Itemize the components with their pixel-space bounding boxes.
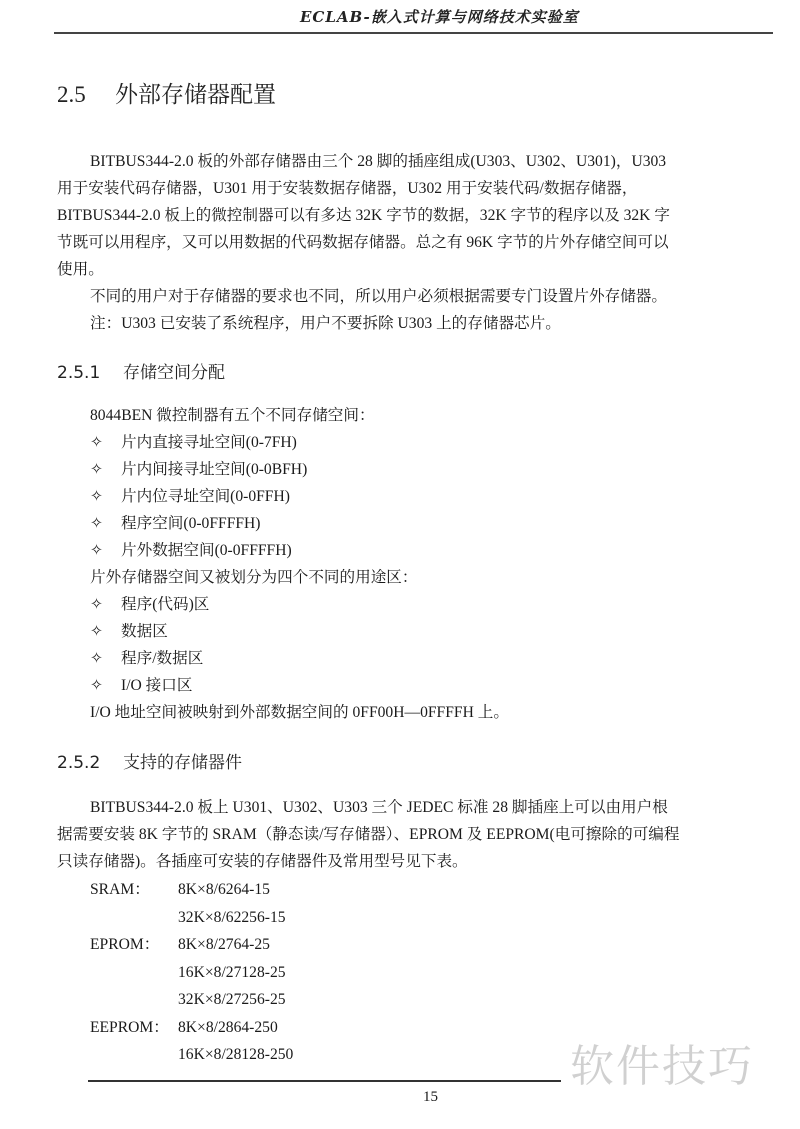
subsection-heading-2-5-2: 2.5.2支持的存储器件: [57, 748, 242, 773]
section-intro-paragraph: BITBUS344-2.0 板的外部存储器由三个 28 脚的插座组成(U303、…: [57, 148, 773, 337]
device-model: 32K×8/27256-25: [178, 991, 286, 1008]
device-model: 16K×8/28128-250: [178, 1046, 293, 1063]
page-number: 15: [423, 1089, 438, 1106]
subsection-heading-2-5-1: 2.5.1存储空间分配: [57, 358, 225, 383]
list-item: ✧片内直接寻址空间(0-7FH): [90, 429, 509, 456]
device-row: 16K×8/27128-25: [90, 959, 293, 987]
diamond-bullet-icon: ✧: [90, 510, 121, 537]
supported-devices-paragraph: BITBUS344-2.0 板上 U301、U302、U303 三个 JEDEC…: [57, 794, 773, 875]
paragraph-requirements: 不同的用户对于存储器的要求也不同，所以用户必须根据需要专门设置片外存储器。: [57, 283, 773, 310]
device-row: 32K×8/62256-15: [90, 904, 293, 932]
list-item: ✧程序空间(0-0FFFFH): [90, 510, 509, 537]
subsection-number: 2.5.1: [57, 363, 123, 383]
paragraph-line: 据需要安装 8K 字节的 SRAM（静态读/写存储器）、EPROM 及 EEPR…: [57, 821, 773, 848]
list-intro-2: 片外存储器空间又被划分为四个不同的用途区：: [90, 564, 509, 591]
section-heading: 2.5外部存储器配置: [57, 76, 276, 109]
subsection-title: 存储空间分配: [123, 363, 225, 383]
memory-space-list: 8044BEN 微控制器有五个不同存储空间： ✧片内直接寻址空间(0-7FH) …: [90, 402, 509, 726]
list-item: ✧片外数据空间(0-0FFFFH): [90, 537, 509, 564]
list-item: ✧程序/数据区: [90, 645, 509, 672]
diamond-bullet-icon: ✧: [90, 591, 121, 618]
device-row: 32K×8/27256-25: [90, 986, 293, 1014]
section-title: 外部存储器配置: [115, 82, 276, 107]
paragraph-line: BITBUS344-2.0 板上 U301、U302、U303 三个 JEDEC…: [57, 794, 773, 821]
list-item: ✧程序(代码)区: [90, 591, 509, 618]
device-row: SRAM：8K×8/6264-15: [90, 876, 293, 904]
device-model: 32K×8/62256-15: [178, 909, 286, 926]
diamond-bullet-icon: ✧: [90, 537, 121, 564]
io-mapping-note: I/O 地址空间被映射到外部数据空间的 0FF00H—0FFFFH 上。: [90, 699, 509, 726]
subsection-title: 支持的存储器件: [123, 753, 242, 773]
paragraph-line: BITBUS344-2.0 板上的微控制器可以有多达 32K 字节的数据，32K…: [57, 202, 773, 229]
device-row: EPROM：8K×8/2764-25: [90, 931, 293, 959]
device-type: EPROM：: [90, 931, 178, 958]
running-header-title: ECLAB-嵌入式计算与网络技术实验室: [300, 6, 579, 27]
paragraph-line: 使用。: [57, 256, 773, 283]
subsection-number: 2.5.2: [57, 753, 123, 773]
diamond-bullet-icon: ✧: [90, 618, 121, 645]
watermark-text: 软件技巧: [570, 1030, 754, 1094]
device-type: EEPROM：: [90, 1014, 178, 1041]
device-model: 8K×8/2764-25: [178, 936, 270, 953]
device-model: 8K×8/6264-15: [178, 881, 270, 898]
paragraph-line: 节既可以用程序，又可以用数据的代码数据存储器。总之有 96K 字节的片外存储空间…: [57, 229, 773, 256]
paragraph-line: 只读存储器)。各插座可安装的存储器件及常用型号见下表。: [57, 848, 773, 875]
diamond-bullet-icon: ✧: [90, 429, 121, 456]
list-intro: 8044BEN 微控制器有五个不同存储空间：: [90, 402, 509, 429]
diamond-bullet-icon: ✧: [90, 645, 121, 672]
paragraph-note: 注：U303 已安装了系统程序，用户不要拆除 U303 上的存储器芯片。: [57, 310, 773, 337]
diamond-bullet-icon: ✧: [90, 483, 121, 510]
device-row: EEPROM：8K×8/2864-250: [90, 1014, 293, 1042]
device-model: 16K×8/27128-25: [178, 964, 286, 981]
diamond-bullet-icon: ✧: [90, 456, 121, 483]
list-item: ✧片内位寻址空间(0-0FFH): [90, 483, 509, 510]
header-rule: [54, 32, 773, 34]
list-item: ✧片内间接寻址空间(0-0BFH): [90, 456, 509, 483]
diamond-bullet-icon: ✧: [90, 672, 121, 699]
device-type: SRAM：: [90, 876, 178, 903]
footer-rule: [88, 1080, 561, 1082]
paragraph-line: 用于安装代码存储器，U301 用于安装数据存储器，U302 用于安装代码/数据存…: [57, 175, 773, 202]
device-model: 8K×8/2864-250: [178, 1019, 278, 1036]
section-number: 2.5: [57, 82, 115, 108]
list-item: ✧数据区: [90, 618, 509, 645]
device-model-list: SRAM：8K×8/6264-15 32K×8/62256-15 EPROM：8…: [90, 876, 293, 1069]
list-item: ✧I/O 接口区: [90, 672, 509, 699]
device-row: 16K×8/28128-250: [90, 1041, 293, 1069]
paragraph-line: BITBUS344-2.0 板的外部存储器由三个 28 脚的插座组成(U303、…: [57, 148, 773, 175]
